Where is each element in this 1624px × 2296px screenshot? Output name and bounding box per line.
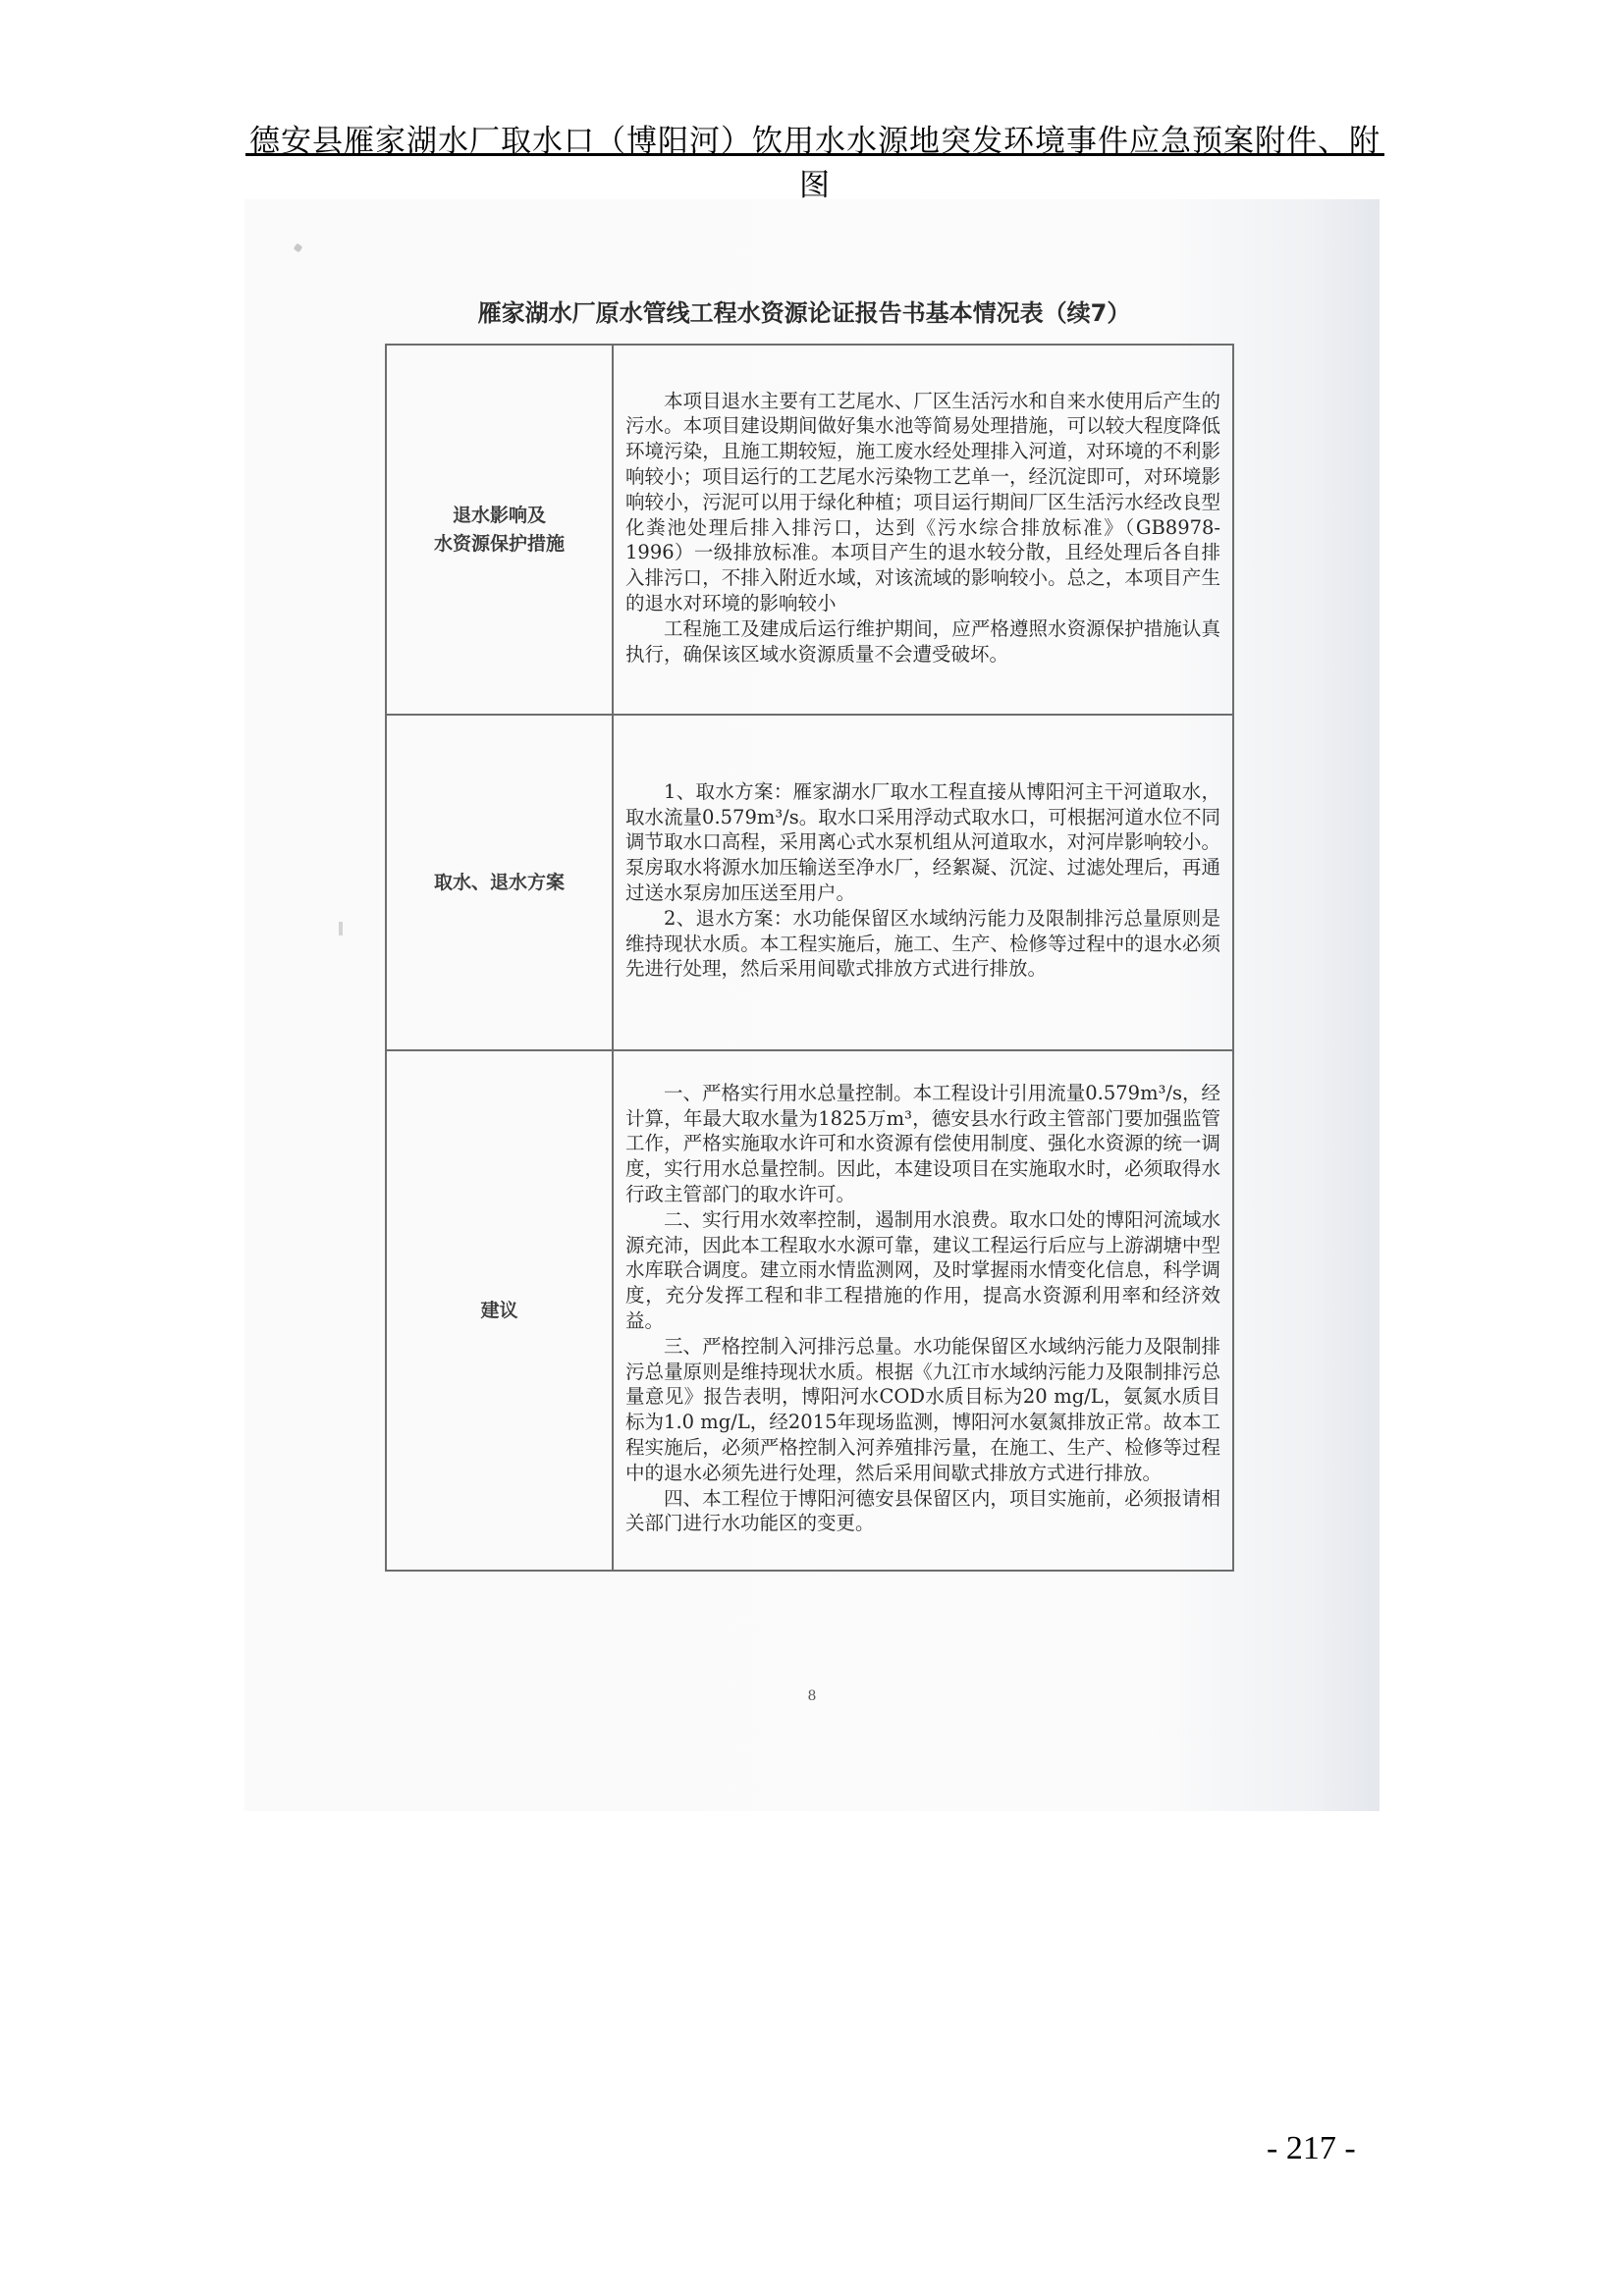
row-content: 一、严格实行用水总量控制。本工程设计引用流量0.579m³/s，经计算，年最大取… [613, 1050, 1233, 1571]
paragraph: 本项目退水主要有工艺尾水、厂区生活污水和自来水使用后产生的污水。本项目建设期间做… [625, 389, 1220, 616]
table-title: 雁家湖水厂原水管线工程水资源论证报告书基本情况表（续7） [382, 294, 1226, 328]
running-header: 德安县雁家湖水厂取水口（博阳河）饮用水水源地突发环境事件应急预案附件、附图 [245, 116, 1384, 204]
paragraph: 工程施工及建成后运行维护期间，应严格遵照水资源保护措施认真执行，确保该区域水资源… [625, 616, 1220, 667]
table-row-recommendations: 建议 一、严格实行用水总量控制。本工程设计引用流量0.579m³/s，经计算，年… [386, 1050, 1233, 1571]
inner-page-number: 8 [244, 1688, 1380, 1704]
table-row-intake-discharge-plan: 取水、退水方案 1、取水方案：雁家湖水厂取水工程直接从博阳河主干河道取水，取水流… [386, 715, 1233, 1050]
row-content: 1、取水方案：雁家湖水厂取水工程直接从博阳河主干河道取水，取水流量0.579m³… [613, 715, 1233, 1050]
info-table: 退水影响及 水资源保护措施 本项目退水主要有工艺尾水、厂区生活污水和自来水使用后… [385, 344, 1234, 1572]
paragraph: 一、严格实行用水总量控制。本工程设计引用流量0.579m³/s，经计算，年最大取… [625, 1081, 1220, 1207]
scanned-page: 雁家湖水厂原水管线工程水资源论证报告书基本情况表（续7） 退水影响及 水资源保护… [244, 199, 1380, 1811]
row-label-line: 取水、退水方案 [397, 869, 602, 897]
page-number: - 217 - [1267, 2130, 1424, 2167]
row-label-line: 建议 [397, 1297, 602, 1325]
table-row-discharge-impact: 退水影响及 水资源保护措施 本项目退水主要有工艺尾水、厂区生活污水和自来水使用后… [386, 345, 1233, 715]
row-label: 取水、退水方案 [386, 715, 613, 1050]
header-rule [245, 153, 1384, 156]
row-label-line: 退水影响及 [397, 502, 602, 530]
scan-mark [339, 922, 343, 935]
row-label: 建议 [386, 1050, 613, 1571]
row-label: 退水影响及 水资源保护措施 [386, 345, 613, 715]
paragraph: 1、取水方案：雁家湖水厂取水工程直接从博阳河主干河道取水，取水流量0.579m³… [625, 779, 1220, 906]
scan-speck [294, 243, 303, 253]
paragraph: 四、本工程位于博阳河德安县保留区内，项目实施前，必须报请相关部门进行水功能区的变… [625, 1486, 1220, 1537]
row-content: 本项目退水主要有工艺尾水、厂区生活污水和自来水使用后产生的污水。本项目建设期间做… [613, 345, 1233, 715]
row-label-line: 水资源保护措施 [397, 530, 602, 559]
paragraph: 二、实行用水效率控制，遏制用水浪费。取水口处的博阳河流域水源充沛，因此本工程取水… [625, 1207, 1220, 1334]
paragraph: 2、退水方案：水功能保留区水域纳污能力及限制排污总量原则是维持现状水质。本工程实… [625, 906, 1220, 982]
paragraph: 三、严格控制入河排污总量。水功能保留区水域纳污能力及限制排污总量原则是维持现状水… [625, 1334, 1220, 1486]
